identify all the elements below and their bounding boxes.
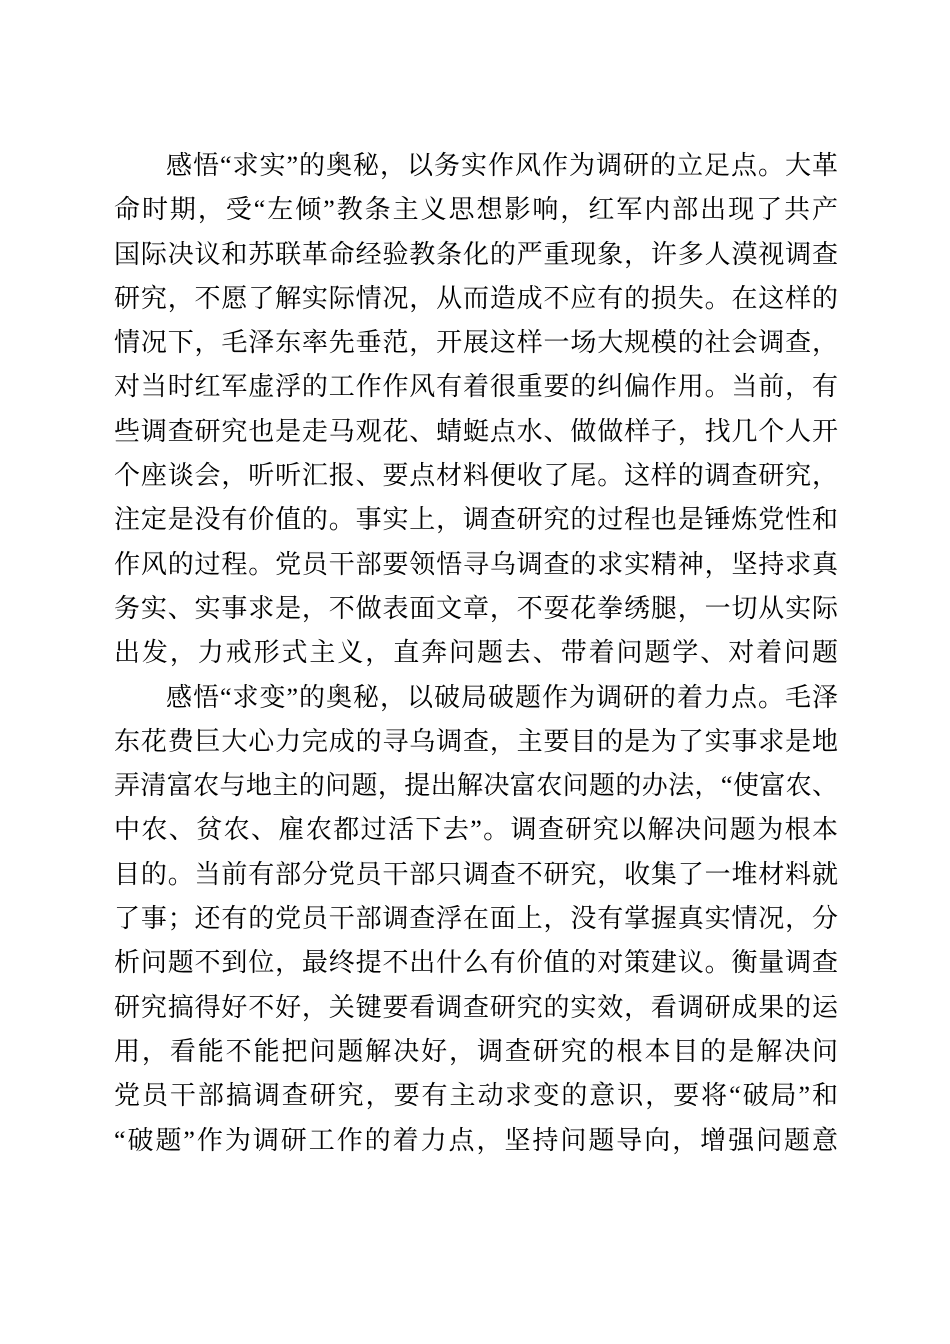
document-text-block: 感悟“求实”的奥秘，以务实作风作为调研的立足点。大革命时期，受“左倾”教条主义思… <box>114 144 838 1163</box>
text-line: 国际决议和苏联革命经验教条化的严重现象，许多人漠视调查 <box>114 233 838 277</box>
text-line: 研究，不愿了解实际情况，从而造成不应有的损失。在这样的 <box>114 277 838 321</box>
text-line: 了事；还有的党员干部调查浮在面上，没有掌握真实情况，分 <box>114 897 838 941</box>
text-line: 感悟“求实”的奥秘，以务实作风作为调研的立足点。大革 <box>114 144 838 188</box>
text-line: 作风的过程。党员干部要领悟寻乌调查的求实精神，坚持求真 <box>114 543 838 587</box>
text-line: 目的。当前有部分党员干部只调查不研究，收集了一堆材料就 <box>114 853 838 897</box>
text-line: 命时期，受“左倾”教条主义思想影响，红军内部出现了共产 <box>114 188 838 232</box>
text-line: 务实、实事求是，不做表面文章，不耍花拳绣腿，一切从实际 <box>114 587 838 631</box>
text-line: 情况下，毛泽东率先垂范，开展这样一场大规模的社会调查， <box>114 321 838 365</box>
text-line: 弄清富农与地主的问题，提出解决富农问题的办法，“使富农、 <box>114 764 838 808</box>
text-line: 中农、贫农、雇农都过活下去”。调查研究以解决问题为根本 <box>114 808 838 852</box>
text-line: 感悟“求变”的奥秘，以破局破题作为调研的着力点。毛泽 <box>114 676 838 720</box>
document-page: 感悟“求实”的奥秘，以务实作风作为调研的立足点。大革命时期，受“左倾”教条主义思… <box>0 0 950 1344</box>
text-line: 些调查研究也是走马观花、蜻蜓点水、做做样子，找几个人开 <box>114 410 838 454</box>
text-line: 对当时红军虚浮的工作作风有着很重要的纠偏作用。当前，有 <box>114 365 838 409</box>
text-line: 东花费巨大心力完成的寻乌调查，主要目的是为了实事求是地 <box>114 720 838 764</box>
text-line: 个座谈会，听听汇报、要点材料便收了尾。这样的调查研究， <box>114 454 838 498</box>
text-line: “破题”作为调研工作的着力点，坚持问题导向，增强问题意 <box>114 1119 838 1163</box>
text-line: 党员干部搞调查研究，要有主动求变的意识，要将“破局”和 <box>114 1074 838 1118</box>
text-line: 用，看能不能把问题解决好，调查研究的根本目的是解决问题。 <box>114 1030 838 1074</box>
text-line: 注定是没有价值的。事实上，调查研究的过程也是锤炼党性和 <box>114 498 838 542</box>
text-line: 研究搞得好不好，关键要看调查研究的实效，看调研成果的运 <box>114 986 838 1030</box>
text-line: 出发，力戒形式主义，直奔问题去、带着问题学、对着问题改。 <box>114 631 838 675</box>
text-line: 析问题不到位，最终提不出什么有价值的对策建议。衡量调查 <box>114 941 838 985</box>
